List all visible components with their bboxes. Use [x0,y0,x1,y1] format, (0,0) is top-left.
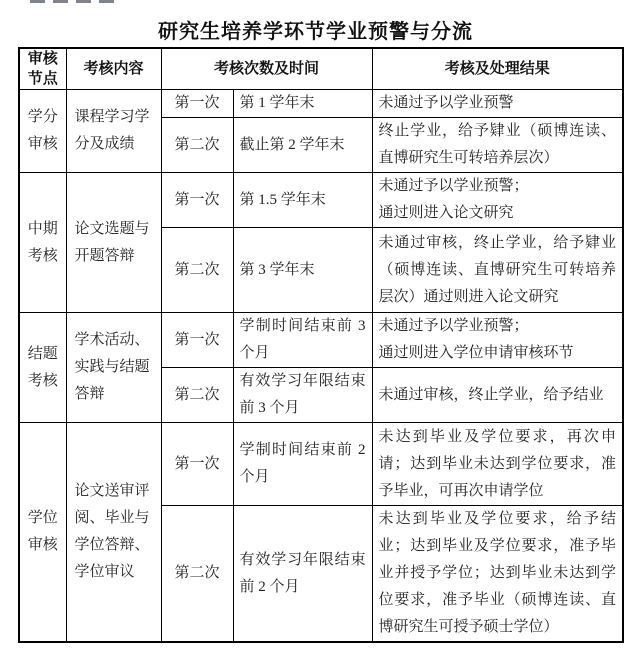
table-row: 学分审核 课程学习学分及成绩 第一次 第 1 学年末 未通过予以学业预警 [19,90,623,118]
time-value: 第 1 学年末 [233,90,372,118]
attempt-label: 第二次 [161,506,233,643]
header-times-and-time: 考核次数及时间 [161,48,372,90]
attempt-label: 第一次 [161,90,233,118]
result-value: 终止学业，给予肄业（硕博连读、直博研究生可转培养层次） [372,118,623,173]
time-value: 学制时间结束前 3 个月 [233,313,372,368]
time-value: 截止第 2 学年末 [233,118,372,173]
attempt-label: 第一次 [161,313,233,368]
review-node-midterm: 中期考核 [19,173,66,313]
table-row: 学位审核 论文送审评阅、毕业与学位答辩、学位审议 第一次 学制时间结束前 2 个… [19,423,623,506]
document-page: 研究生培养学环节学业预警与分流 审核节点 考核内容 考核次数及时间 考核及处理结… [0,0,631,654]
result-value: 未通过予以学业预警； 通过则进入学位申请审核环节 [372,313,623,368]
result-value: 未达到毕业及学位要求，给予结业；达到毕业及学位要求，准予毕业并授予学位；达到毕业… [372,506,623,643]
review-node-degree: 学位审核 [19,423,66,643]
clipped-glyph-mark [76,0,91,3]
clipped-glyph-mark [53,0,68,3]
review-node-conclusion: 结题考核 [19,313,66,423]
assessment-content-conclusion: 学术活动、实践与结题答辩 [66,313,161,423]
clipped-glyph-mark [30,0,45,3]
time-value: 学制时间结束前 2 个月 [233,423,372,506]
time-value: 第 1.5 学年末 [233,173,372,228]
result-value: 未通过予以学业预警 [372,90,623,118]
table-row: 中期考核 论文选题与开题答辩 第一次 第 1.5 学年末 未通过予以学业预警； … [19,173,623,228]
header-review-node: 审核节点 [19,48,66,90]
time-value: 有效学习年限结束前 2 个月 [233,506,372,643]
review-node-credit: 学分审核 [19,90,66,173]
result-value: 未通过予以学业预警； 通过则进入论文研究 [372,173,623,228]
time-value: 有效学习年限结束前 3 个月 [233,368,372,423]
result-value: 未通过审核，终止学业，给予肄业（硕博连读、直博研究生可转培养层次）通过则进入论文… [372,228,623,313]
assessment-content-credit: 课程学习学分及成绩 [66,90,161,173]
page-title: 研究生培养学环节学业预警与分流 [0,15,631,44]
table-header-row: 审核节点 考核内容 考核次数及时间 考核及处理结果 [19,48,623,90]
assessment-content-midterm: 论文选题与开题答辩 [66,173,161,313]
clipped-glyph-mark [99,0,114,3]
time-value: 第 3 学年末 [233,228,372,313]
result-value: 未通过审核，终止学业，给予结业 [372,368,623,423]
attempt-label: 第一次 [161,173,233,228]
header-assessment-content: 考核内容 [66,48,161,90]
clipped-text-fragment [30,0,114,3]
attempt-label: 第一次 [161,423,233,506]
table-row: 结题考核 学术活动、实践与结题答辩 第一次 学制时间结束前 3 个月 未通过予以… [19,313,623,368]
attempt-label: 第二次 [161,228,233,313]
result-value: 未达到毕业及学位要求，再次申请；达到毕业未达到学位要求，准予毕业，可再次申请学位 [372,423,623,506]
assessment-content-degree: 论文送审评阅、毕业与学位答辩、学位审议 [66,423,161,643]
attempt-label: 第二次 [161,118,233,173]
academic-warning-table: 审核节点 考核内容 考核次数及时间 考核及处理结果 学分审核 课程学习学分及成绩… [18,47,624,643]
header-result: 考核及处理结果 [372,48,623,90]
attempt-label: 第二次 [161,368,233,423]
